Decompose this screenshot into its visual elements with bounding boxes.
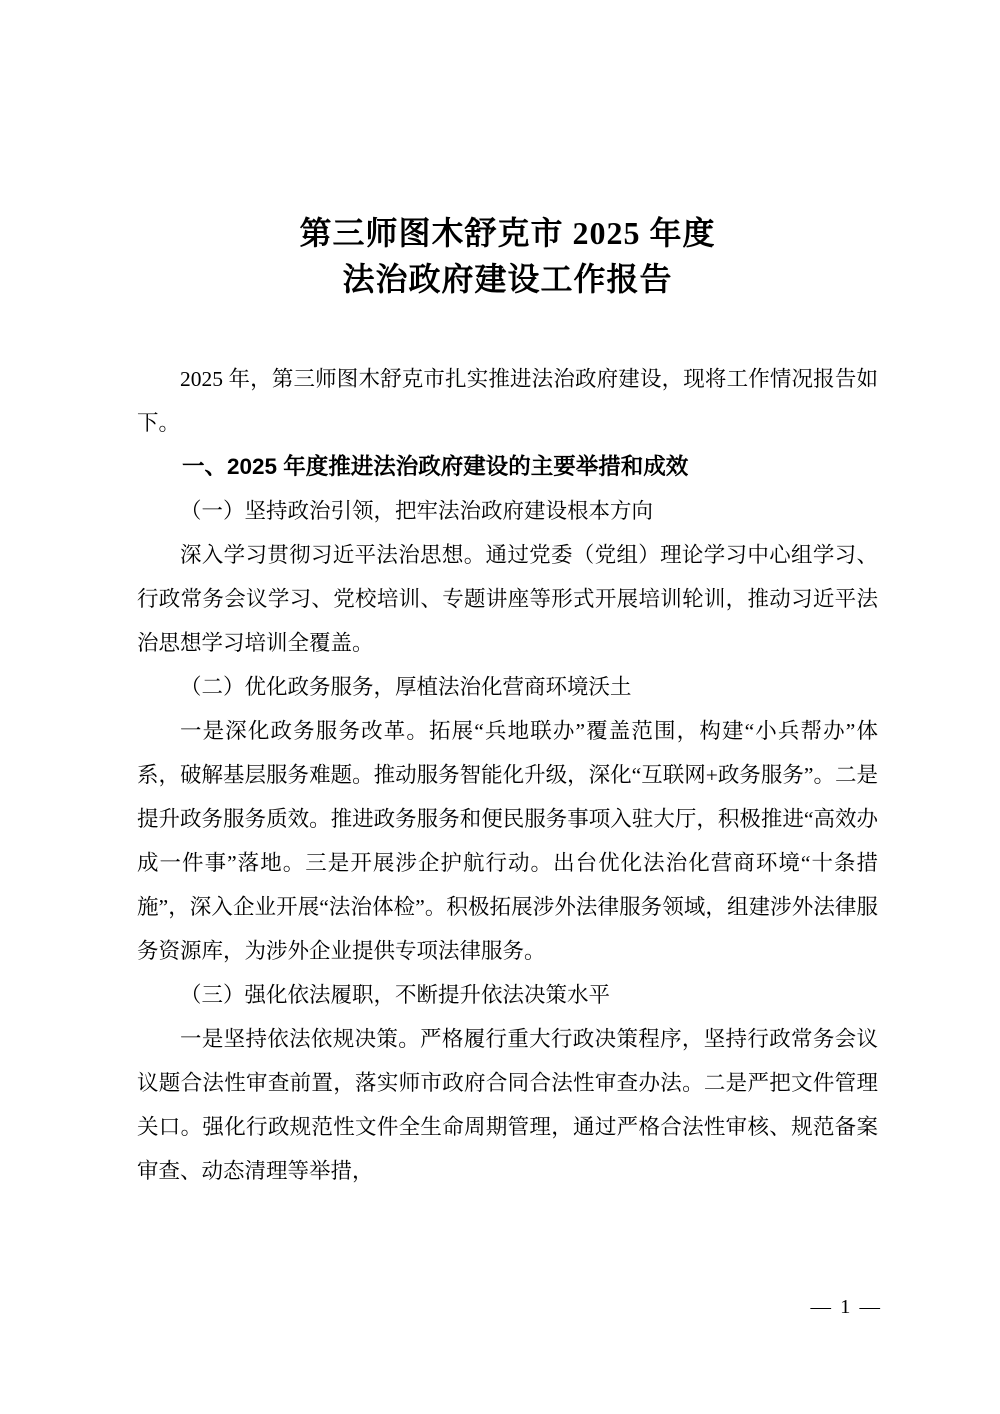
subsection-heading-1-2: （二）优化政务服务，厚植法治化营商环境沃土 (137, 665, 878, 709)
document-body: 2025 年，第三师图木舒克市扎实推进法治政府建设，现将工作情况报告如下。 一、… (137, 357, 878, 1193)
page-number: — 1 — (811, 1292, 883, 1322)
paragraph-section-1-3: 一是坚持依法依规决策。严格履行重大行政决策程序，坚持行政常务会议议题合法性审查前… (137, 1017, 878, 1193)
document-title: 第三师图木舒克市 2025 年度 法治政府建设工作报告 (137, 210, 878, 302)
section-heading-1: 一、2025 年度推进法治政府建设的主要举措和成效 (137, 445, 878, 489)
paragraph-section-1-1: 深入学习贯彻习近平法治思想。通过党委（党组）理论学习中心组学习、行政常务会议学习… (137, 533, 878, 665)
paragraph-section-1-2: 一是深化政务服务改革。拓展“兵地联办”覆盖范围，构建“小兵帮办”体系，破解基层服… (137, 709, 878, 973)
document-page: 第三师图木舒克市 2025 年度 法治政府建设工作报告 2025 年，第三师图木… (0, 0, 1000, 1414)
subsection-heading-1-3: （三）强化依法履职，不断提升依法决策水平 (137, 973, 878, 1017)
paragraph-intro: 2025 年，第三师图木舒克市扎实推进法治政府建设，现将工作情况报告如下。 (137, 357, 878, 445)
subsection-heading-1-1: （一）坚持政治引领，把牢法治政府建设根本方向 (137, 489, 878, 533)
title-line-2: 法治政府建设工作报告 (137, 256, 878, 302)
title-line-1: 第三师图木舒克市 2025 年度 (137, 210, 878, 256)
